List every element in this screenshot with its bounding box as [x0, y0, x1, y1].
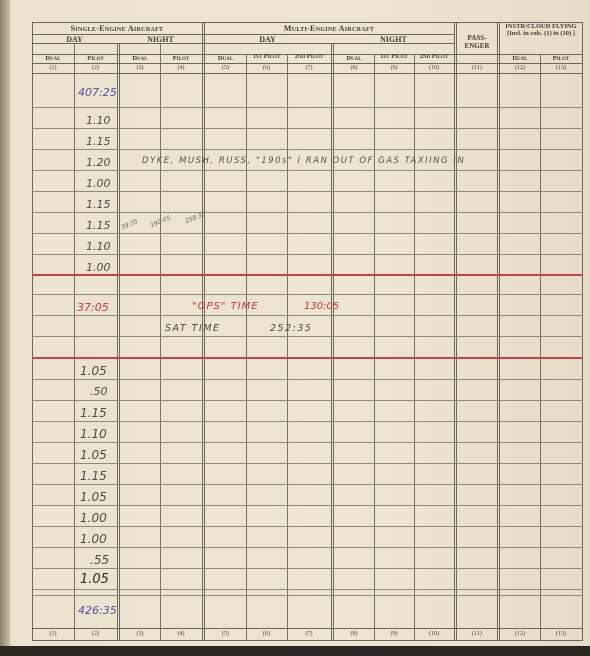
sat-time-value: 252:35: [270, 323, 312, 334]
footer-col-10-num: (10): [414, 631, 454, 637]
flight-time: .50: [90, 385, 108, 398]
flight-time: 1.20: [86, 156, 111, 169]
col-4-label: Pilot: [160, 56, 202, 63]
red-divider-rule: [32, 274, 583, 276]
footer-col-3-num: (3): [120, 631, 160, 637]
header-single-engine: Single-Engine Aircraft: [32, 25, 202, 33]
col-12-num: (12): [500, 65, 540, 71]
header-multi-engine: Multi-Engine Aircraft: [204, 25, 454, 33]
flight-time: 1.05: [80, 572, 109, 587]
flight-time: 1.15: [86, 219, 111, 232]
footer-col-13-num: (13): [540, 631, 582, 637]
col-rule: [160, 43, 161, 640]
col-rule: [414, 54, 415, 640]
logbook-page: Single-Engine Aircraft Multi-Engine Airc…: [0, 0, 590, 656]
row-rule: [32, 421, 583, 422]
header-me-day: DAY: [204, 36, 331, 44]
col-12-label: Dual: [500, 56, 540, 63]
col-rule: [540, 54, 541, 640]
col-2-num: (2): [74, 65, 117, 71]
flight-time: 1.00: [80, 532, 107, 546]
row-rule: [32, 170, 583, 171]
col-1-label: Dual: [32, 56, 74, 63]
flight-time: 1.05: [80, 490, 107, 504]
col-10-label: 2nd Pilot: [414, 54, 454, 60]
footer-col-12-num: (12): [500, 631, 540, 637]
col-11-num: (11): [457, 65, 497, 71]
col-rule: [287, 54, 288, 640]
flight-time: 1.15: [80, 406, 107, 420]
footer-col-11-num: (11): [457, 631, 497, 637]
col-9-label: 1st Pilot: [374, 54, 414, 60]
header-rule: [32, 73, 583, 74]
col-1-num: (1): [32, 65, 74, 71]
row-rule: [32, 315, 583, 316]
col-rule: [74, 43, 75, 640]
footer-col-6-num: (6): [246, 631, 287, 637]
ops-period-total: 37:05: [77, 301, 109, 314]
ops-time-label: "OPS" TIME: [192, 301, 259, 312]
col-5-label: Dual: [205, 56, 246, 63]
page-edge-shadow: [0, 646, 590, 656]
col-8-num: (8): [334, 65, 374, 71]
col-7-num: (7): [287, 65, 331, 71]
row-rule: [32, 212, 583, 213]
row-rule: [32, 442, 583, 443]
col-6-label: 1st Pilot: [246, 54, 287, 60]
col-13-label: Pilot: [540, 56, 582, 63]
flight-time: .55: [90, 553, 109, 567]
row-rule: [32, 595, 583, 596]
col-6-num: (6): [246, 65, 287, 71]
col-rule: [331, 43, 334, 640]
col-5-num: (5): [205, 65, 246, 71]
footer-col-2-num: (2): [74, 631, 117, 637]
col-2-label: Pilot: [74, 56, 117, 63]
col-13-num: (13): [540, 65, 582, 71]
row-rule: [32, 589, 583, 590]
col-rule: [246, 54, 247, 640]
footer-col-1-num: (1): [32, 631, 74, 637]
col-7-label: 2nd Pilot: [287, 54, 331, 60]
header-rule: [32, 63, 583, 64]
grand-total: 426:35: [78, 604, 117, 617]
flight-time: 1.15: [86, 198, 111, 211]
col-4-num: (4): [160, 65, 202, 71]
flight-time: 1.00: [86, 261, 111, 274]
remark-text: DYKE, MUSH, RUSS, "190s" I RAN OUT OF GA…: [142, 156, 465, 166]
row-rule: [32, 149, 583, 150]
flight-time: 1.00: [86, 177, 111, 190]
footer-col-7-num: (7): [287, 631, 331, 637]
row-rule: [32, 463, 583, 464]
row-rule: [32, 568, 583, 569]
row-rule: [32, 294, 583, 295]
flight-time: 1.05: [80, 448, 107, 462]
flight-time: 1.15: [86, 135, 111, 148]
header-passenger: PASS-ENGER: [457, 35, 497, 50]
row-rule: [32, 547, 583, 548]
footer-rule: [32, 628, 583, 629]
red-divider-rule: [32, 357, 583, 359]
row-rule: [32, 128, 583, 129]
flight-time: 1.10: [86, 114, 111, 127]
col-8-label: Dual: [334, 56, 374, 63]
flight-time: 1.10: [86, 240, 111, 253]
header-instr-cloud: INSTR/CLOUD FLYING [Incl. in cols. (1) t…: [500, 24, 582, 38]
flight-time: 1.00: [80, 511, 107, 525]
flight-time: 1.10: [80, 427, 107, 441]
row-rule: [32, 254, 583, 255]
ops-time-value: 130:05: [304, 301, 339, 312]
row-rule: [32, 526, 583, 527]
brought-forward-total: 407:25: [78, 86, 117, 99]
footer-col-4-num: (4): [160, 631, 202, 637]
row-rule: [32, 191, 583, 192]
flight-time: 1.15: [80, 469, 107, 483]
row-rule: [32, 484, 583, 485]
row-rule: [32, 379, 583, 380]
header-se-night: NIGHT: [119, 36, 202, 44]
sat-time-label: SAT TIME: [165, 323, 220, 334]
row-rule: [32, 400, 583, 401]
header-se-day: DAY: [32, 36, 117, 44]
col-10-num: (10): [414, 65, 454, 71]
row-rule: [32, 233, 583, 234]
col-3-label: Dual: [120, 56, 160, 63]
footer-col-9-num: (9): [374, 631, 414, 637]
row-rule: [32, 107, 583, 108]
col-9-num: (9): [374, 65, 414, 71]
col-3-num: (3): [120, 65, 160, 71]
col-rule: [374, 54, 375, 640]
page-binding: [0, 0, 10, 656]
row-rule: [32, 505, 583, 506]
footer-col-8-num: (8): [334, 631, 374, 637]
flight-time: 1.05: [80, 364, 107, 378]
row-rule: [32, 336, 583, 337]
header-me-night: NIGHT: [333, 36, 454, 44]
footer-col-5-num: (5): [205, 631, 246, 637]
col-rule: [117, 43, 120, 640]
